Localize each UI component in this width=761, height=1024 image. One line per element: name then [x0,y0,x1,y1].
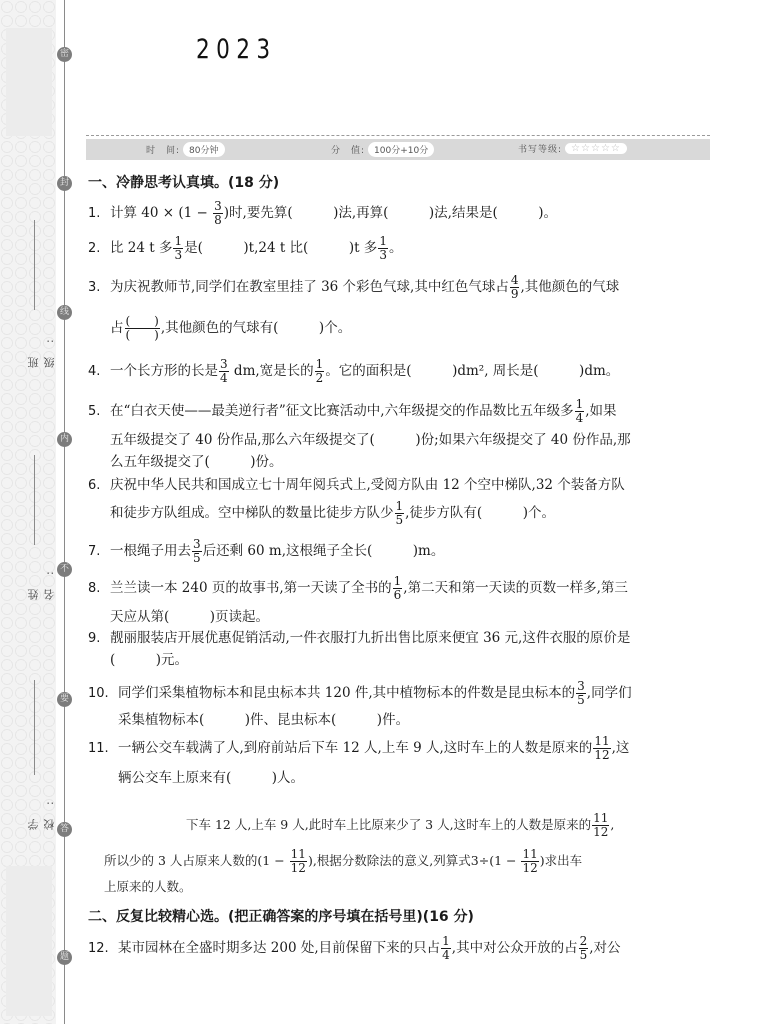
fraction: 16 [393,575,403,602]
class-field-label: 班级: [26,318,42,368]
question-5-line-3: 么五年级提交了( )份。 [110,452,720,472]
name-field-line [34,455,35,545]
analysis-line-1: 下车 12 人,上车 9 人,此时车上比原来少了 3 人,这时车上的人数是原来的… [186,812,716,839]
question-10-line-2: 采集植物标本( )件、昆虫标本( )件。 [118,710,728,730]
question-9: 9.靓丽服装店开展优惠促销活动,一件衣服打九折出售比原来便宜 36 元,这件衣服… [88,628,718,649]
section-title: 二、反复比较精心选。(把正确答案的序号填在括号里)(16 分) [88,906,474,926]
question-11: 11.一辆公交车载满了人,到府前站后下车 12 人,上车 9 人,这时车上的人数… [88,735,718,762]
fraction: 49 [510,274,520,301]
seal-char-icon: 答 [57,822,72,837]
seal-line [64,0,65,1024]
score-label: 分 值: [331,143,365,156]
question-8: 8.兰兰读一本 240 页的故事书,第一天读了全书的16,第二天和第一天读的页数… [88,575,718,602]
question-1: 1.计算 40 × (1 − 38)时,要先算( )法,再算( )法,结果是( … [88,200,718,227]
fraction: 35 [576,680,586,707]
fraction: 13 [378,235,388,262]
question-3: 3.为庆祝教师节,同学们在教室里挂了 36 个彩色气球,其中红色气球占49,其他… [88,274,718,301]
question-3-line-2: 占( )( ),其他颜色的气球有( )个。 [110,315,720,342]
time-label: 时 间: [146,143,180,156]
name-field-label: 姓名: [26,550,42,600]
star-rating-icon: ☆☆☆☆☆ [565,143,627,154]
margin-block-bottom [6,866,52,1016]
writing-grade-label: 书写等级: [518,142,562,155]
school-field-line [34,680,35,775]
margin-block-top [6,28,52,136]
question-6: 6.庆祝中华人民共和国成立七十周年阅兵式上,受阅方队由 12 个空中梯队,32 … [88,475,718,496]
fraction: 25 [579,935,589,962]
question-8-line-2: 天应从第( )页读起。 [110,607,720,627]
seal-char-icon: 要 [57,692,72,707]
fraction: 14 [441,935,451,962]
seal-char-icon: 不 [57,562,72,577]
writing-grade-info: 书写等级: ☆☆☆☆☆ [518,142,627,155]
question-5: 5.在“白衣天使——最美逆行者”征文比赛活动中,六年级提交的作品数比五年级多14… [88,398,718,425]
analysis-line-3: 上原来的人数。 [104,877,714,897]
dotted-divider [86,135,710,136]
time-value: 80分钟 [183,142,224,157]
seal-char-icon: 内 [57,432,72,447]
fraction: 1112 [592,812,609,839]
question-5-line-2: 五年级提交了 40 份作品,那么六年级提交了( )份;如果六年级提交了 40 份… [110,430,720,450]
section-title: 一、冷静思考认真填。(18 分) [88,172,279,192]
school-field-label: 学校: [26,780,42,830]
score-info: 分 值: 100分+10分 [331,142,434,157]
fraction: 1112 [290,848,307,875]
seal-char-icon: 线 [57,305,72,320]
fraction: 1112 [521,848,538,875]
score-value: 100分+10分 [368,142,434,157]
analysis-line-2: 所以少的 3 人占原来人数的(1 − 1112),根据分数除法的意义,列算式3÷… [104,848,714,875]
fraction: 35 [192,538,202,565]
question-6-line-2: 和徒步方队组成。空中梯队的数量比徒步方队少15,徒步方队有( )个。 [110,500,720,527]
exam-year: 2023 [196,34,277,65]
fraction: 14 [575,398,585,425]
question-9-line-2: ( )元。 [110,650,720,670]
fraction: 1112 [593,735,610,762]
fraction: 15 [395,500,405,527]
seal-char-icon: 密 [57,47,72,62]
fraction: 13 [173,235,183,262]
time-info: 时 间: 80分钟 [146,142,225,157]
fraction-blank[interactable]: ( )( ) [125,315,160,342]
binding-margin: 班级: 姓名: 学校: [0,0,56,1024]
question-2: 2.比 24 t 多13是( )t,24 t 比( )t 多13。 [88,235,718,262]
class-field-line [34,220,35,310]
question-10: 10.同学们采集植物标本和昆虫标本共 120 件,其中植物标本的件数是昆虫标本的… [88,680,718,707]
fraction: 38 [213,200,223,227]
question-4: 4.一个长方形的长是34 dm,宽是长的12。它的面积是( )dm², 周长是(… [88,358,718,385]
exam-info-bar: 时 间: 80分钟 分 值: 100分+10分 书写等级: ☆☆☆☆☆ [86,139,710,160]
question-7: 7.一根绳子用去35后还剩 60 m,这根绳子全长( )m。 [88,538,718,565]
fraction: 34 [219,358,229,385]
fraction: 12 [315,358,325,385]
question-11-line-2: 辆公交车上原来有( )人。 [118,768,728,788]
seal-char-icon: 封 [57,176,72,191]
question-12: 12.某市园林在全盛时期多达 200 处,目前保留下来的只占14,其中对公众开放… [88,935,718,962]
seal-char-icon: 题 [57,950,72,965]
